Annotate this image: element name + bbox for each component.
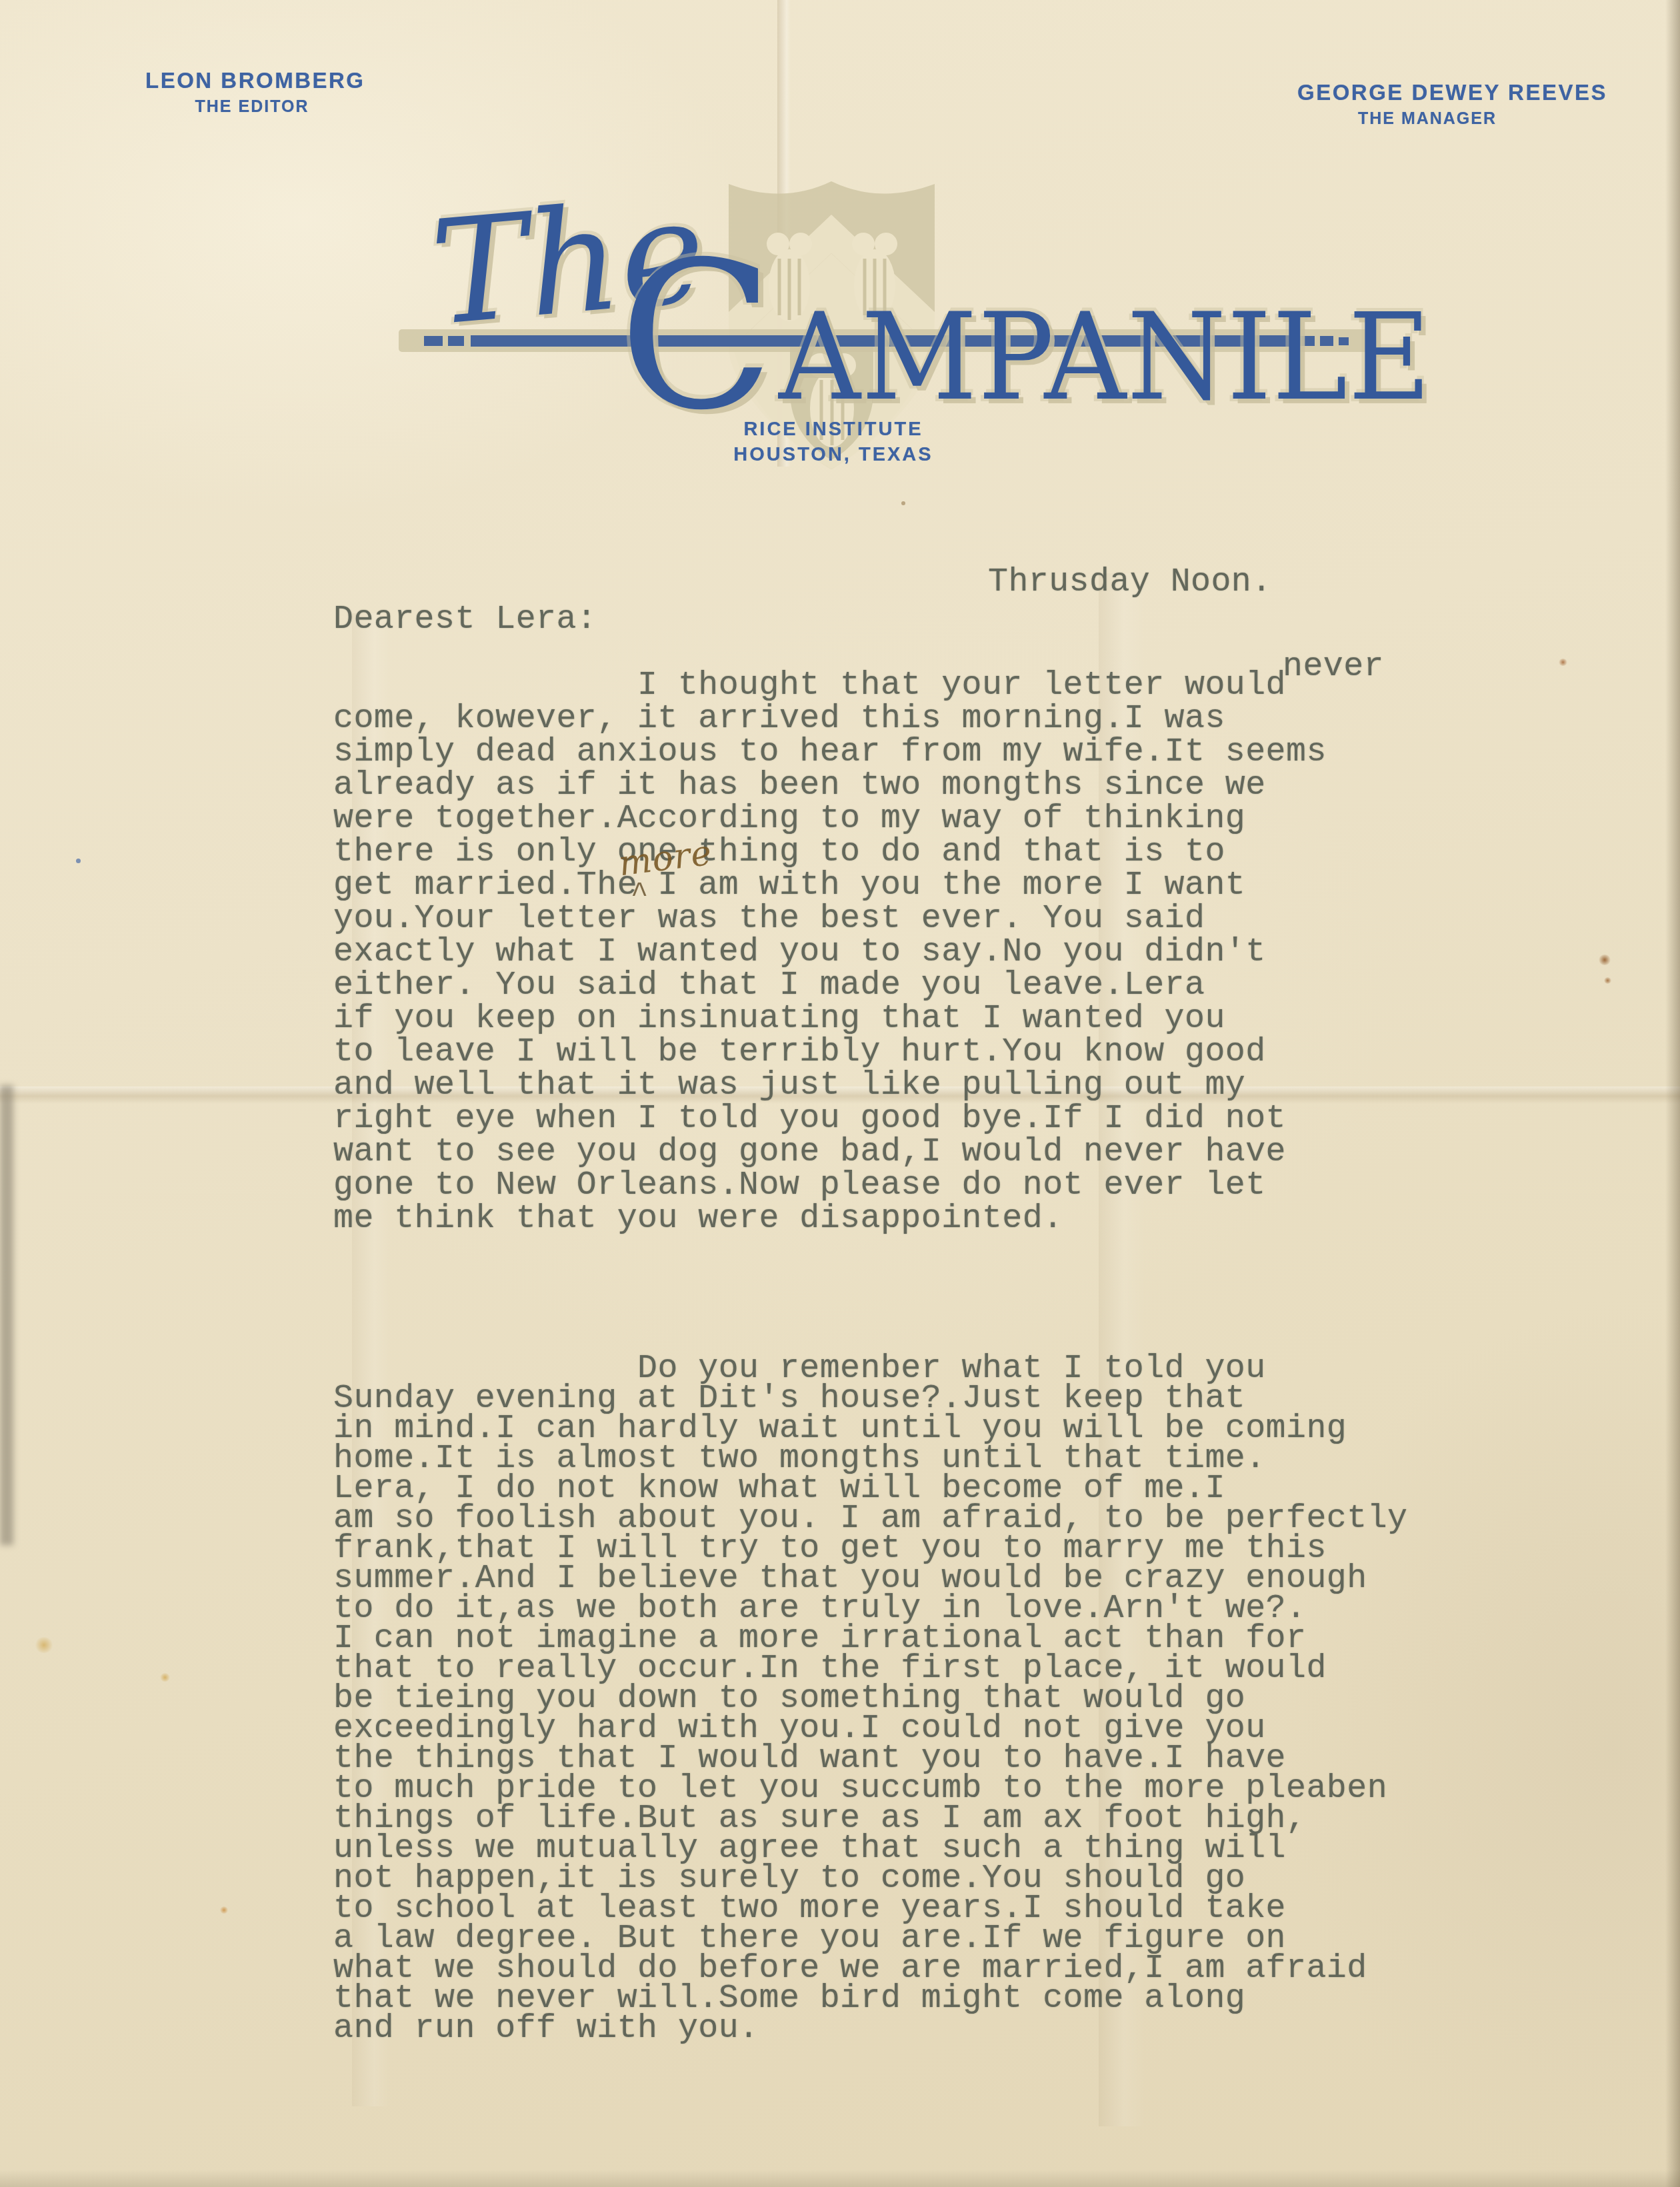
paper-stain — [1604, 977, 1611, 984]
ink-speck — [76, 859, 81, 863]
paper-bottom-edge-shadow — [0, 2170, 1680, 2187]
manager-title: THE MANAGER — [1297, 109, 1557, 129]
superscript-insert-never: never — [1283, 648, 1384, 686]
manager-name: GEORGE DEWEY REEVES — [1297, 80, 1557, 105]
typed-line: right eye when I told you good bye.If I … — [333, 1100, 1327, 1133]
typed-line: Do you remenber what I told you — [333, 1350, 1407, 1380]
typed-line: summer.And I believe that you would be c… — [333, 1560, 1407, 1590]
masthead-initial-c: C — [619, 235, 774, 438]
paper-stain — [1599, 955, 1611, 965]
institution-block: RICE INSTITUTE HOUSTON, TEXAS — [687, 419, 980, 466]
typed-line: and well that it was just like pulling o… — [333, 1067, 1327, 1100]
paper-stain — [35, 1637, 53, 1653]
typed-line: want to see you dog gone bad,I would nev… — [333, 1133, 1327, 1166]
typed-line: were together.According to my way of thi… — [333, 800, 1327, 833]
typed-line: in mind.I can hardly wait until you will… — [333, 1410, 1407, 1440]
typed-line: frank,that I will try to get you to marr… — [333, 1530, 1407, 1560]
letterhead-editor-block: LEON BROMBERG THE EDITOR — [145, 68, 359, 117]
typed-line: what we should do before we are married,… — [333, 1950, 1407, 1980]
paper-stain — [1559, 659, 1567, 666]
typed-line: the things that I would want you to have… — [333, 1740, 1407, 1770]
typed-line: already as if it has been two mongths si… — [333, 767, 1327, 800]
typed-line: a law degree. But there you are.If we fi… — [333, 1920, 1407, 1950]
paper-stain — [160, 1673, 170, 1682]
institution-name: RICE INSTITUTE — [687, 419, 980, 441]
typed-line: to do it,as we both are truly in love.Ar… — [333, 1590, 1407, 1620]
paper-stain — [220, 1906, 228, 1914]
institution-city: HOUSTON, TEXAS — [687, 444, 980, 466]
paper-left-edge-shadow — [0, 1085, 13, 1545]
paper-right-edge-shadow — [1665, 0, 1680, 2187]
typed-line: unless we mutually agree that such a thi… — [333, 1830, 1407, 1860]
typed-line: to leave I will be terribly hurt.You kno… — [333, 1033, 1327, 1067]
insert-caret-mark: ^ — [631, 879, 648, 912]
typed-line: am so foolish about you. I am afraid, to… — [333, 1500, 1407, 1530]
letterhead-manager-block: GEORGE DEWEY REEVES THE MANAGER — [1297, 80, 1557, 129]
editor-title: THE EDITOR — [145, 97, 359, 117]
typed-line: things of life.But as sure as I am ax fo… — [333, 1800, 1407, 1830]
typed-line: there is only one thing to do and that i… — [333, 833, 1327, 867]
typed-line: gone to New Orleans.Now please do not ev… — [333, 1166, 1327, 1200]
scanned-letter-page: LEON BROMBERG THE EDITOR GEORGE DEWEY RE… — [0, 0, 1680, 2187]
typed-line: exceedingly hard with you.I could not gi… — [333, 1710, 1407, 1740]
typed-line: home.It is almost two mongths until that… — [333, 1440, 1407, 1470]
typed-line: I can not imagine a more irrational act … — [333, 1620, 1407, 1650]
typed-line: that to really occur.In the first place,… — [333, 1650, 1407, 1680]
letter-paragraph-2: Do you remenber what I told youSunday ev… — [333, 1350, 1407, 2040]
typed-line: me think that you were disappointed. — [333, 1200, 1327, 1233]
typed-line: to much pride to let you succumb to the … — [333, 1770, 1407, 1800]
letter-salutation: Dearest Lera: — [333, 601, 597, 639]
typed-line: I thought that your letter would — [333, 667, 1327, 700]
typed-line: you.Your letter was the best ever. You s… — [333, 900, 1327, 933]
typed-line: come, kowever, it arrived this morning.I… — [333, 700, 1327, 733]
paper-stain — [901, 501, 905, 505]
letter-paragraph-1: I thought that your letter wouldcome, ko… — [333, 667, 1327, 1233]
typed-line: exactly what I wanted you to say.No you … — [333, 933, 1327, 967]
typed-line: if you keep on insinuating that I wanted… — [333, 1000, 1327, 1033]
letter-dateline: Thrusday Noon. — [988, 563, 1272, 601]
masthead-word-ampanile: AMPANILE — [779, 298, 1431, 418]
typed-line: get married.The I am with you the more I… — [333, 867, 1327, 900]
editor-name: LEON BROMBERG — [145, 68, 359, 93]
typed-line: simply dead anxious to hear from my wife… — [333, 733, 1327, 767]
typed-line: to school at least two more years.I shou… — [333, 1890, 1407, 1920]
typed-line: either. You said that I made you leave.L… — [333, 967, 1327, 1000]
